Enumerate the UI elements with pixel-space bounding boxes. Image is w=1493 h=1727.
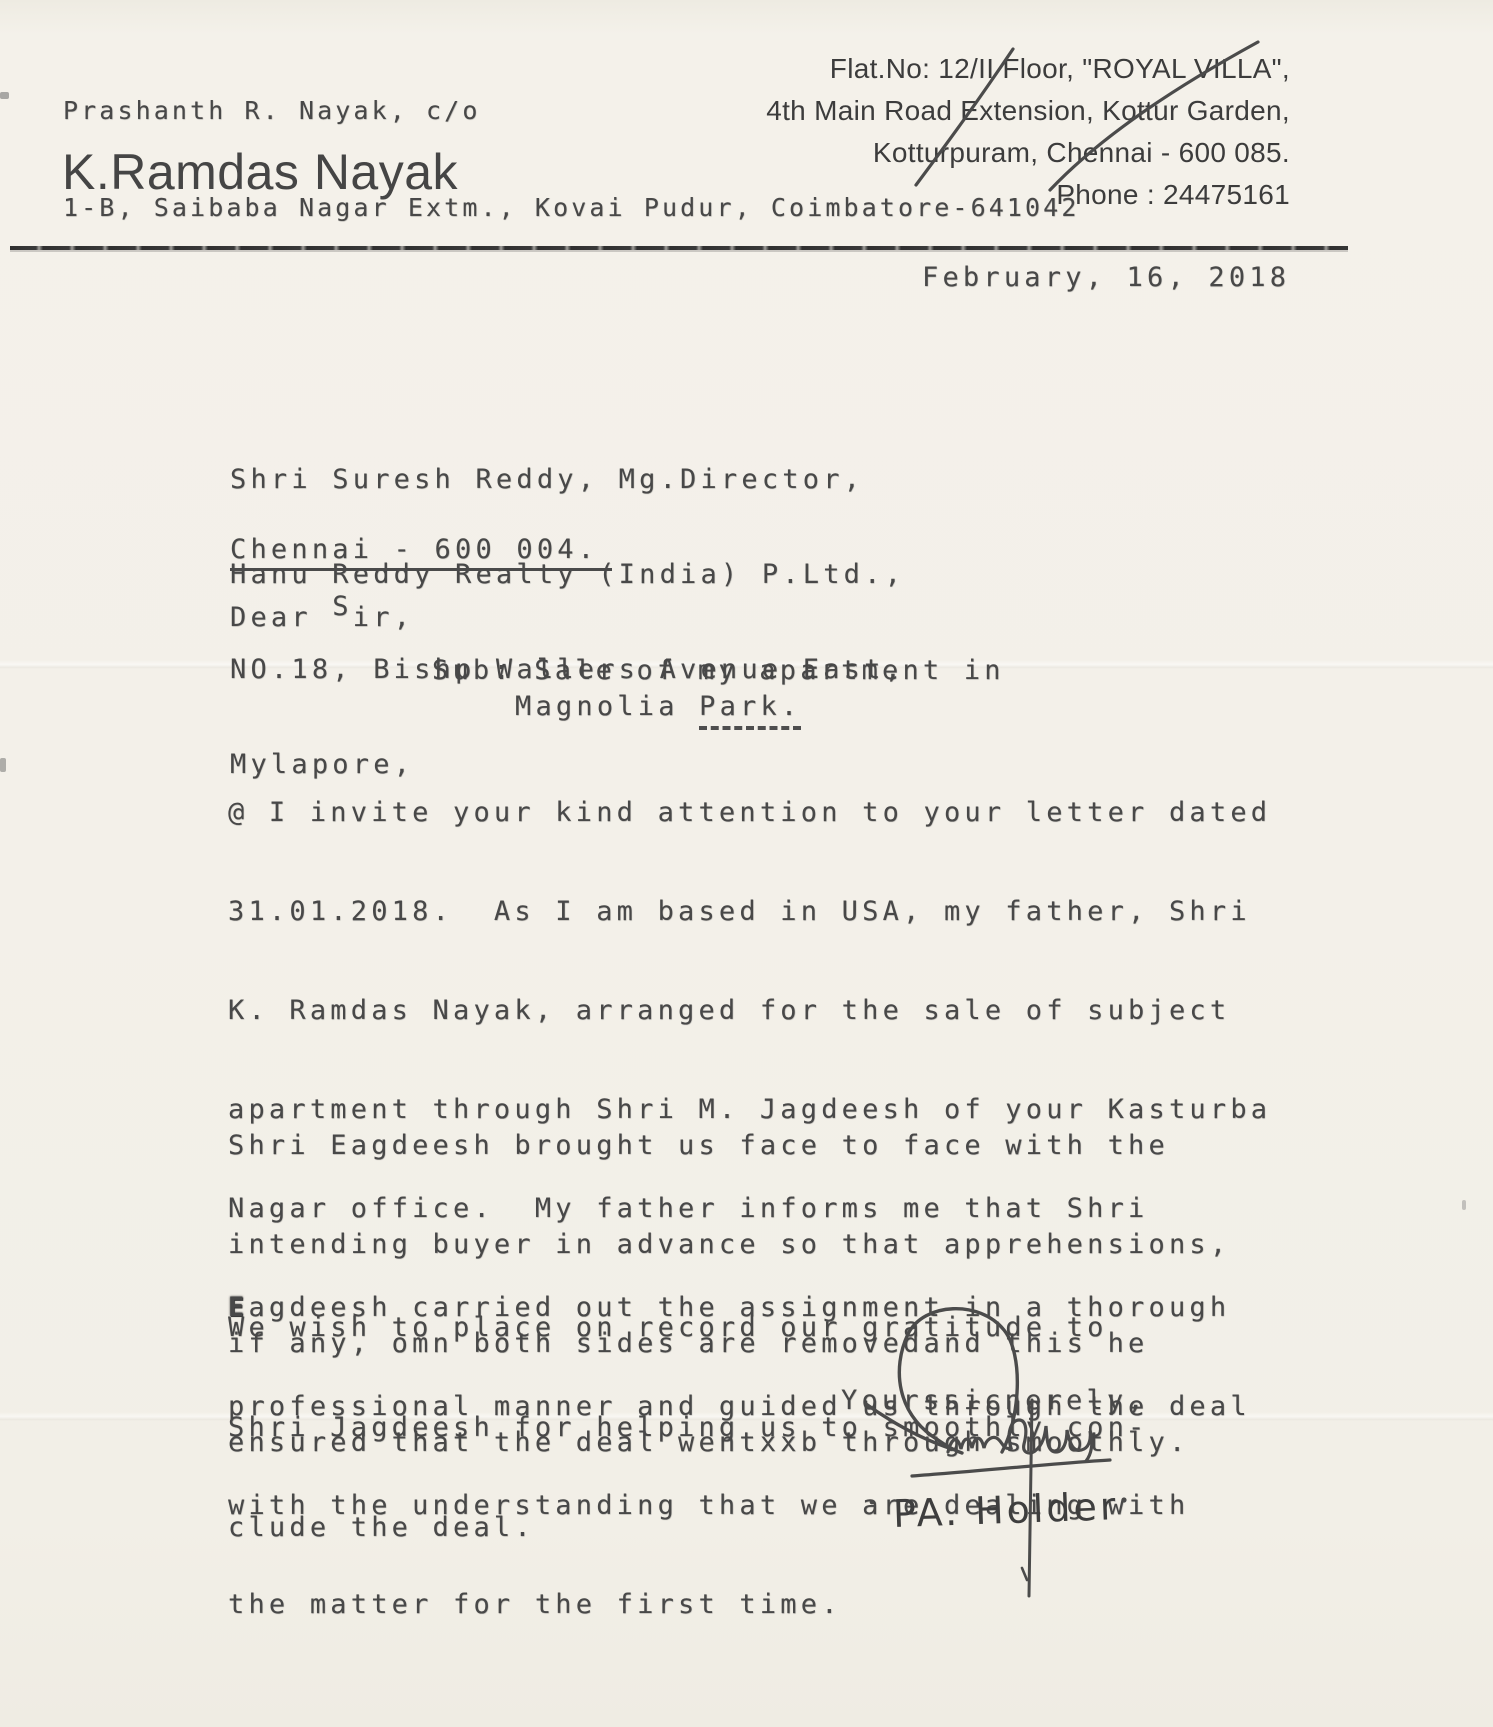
sender-co-line: Prashanth R. Nayak, c/o — [63, 96, 480, 125]
body-line: clude the deal. — [228, 1512, 1149, 1550]
recipient-city-underlined: Chennai - 600 004. — [230, 534, 612, 571]
closing-sincerely: Yourssicnerely, — [841, 1385, 1148, 1416]
flat-address-line4: Phone : 24475161 — [766, 174, 1290, 216]
salutation-pre: Dear — [230, 602, 332, 633]
recipient-line: Shri Suresh Reddy, Mg.Director, — [230, 464, 905, 497]
sender-flat-address: Flat.No: 12/II Floor, "ROYAL VILLA", 4th… — [766, 48, 1290, 216]
letterhead-divider-rule — [10, 246, 1348, 250]
letter-page: Prashanth R. Nayak, c/o K.Ramdas Nayak 1… — [0, 0, 1493, 1727]
scan-speck — [0, 92, 9, 99]
date-line: February, 16, 2018 — [922, 262, 1290, 293]
subject-line2-prefix: Magnolia — [515, 691, 699, 722]
flat-address-line3: Kotturpuram, Chennai - 600 085. — [766, 132, 1290, 174]
recipient-city-line: Chennai - 600 004. — [230, 534, 612, 565]
subject-line2: Magnolia Park. — [515, 691, 801, 722]
body-line: 31.01.2018. As I am based in USA, my fat… — [228, 896, 1271, 933]
body-line: K. Ramdas Nayak, arranged for the sale o… — [228, 995, 1271, 1032]
paragraph-3: We wish to place on record our gratitude… — [228, 1250, 1149, 1612]
salutation: Dear Sir, — [230, 602, 414, 633]
subject-underlined-word: Park. — [699, 691, 801, 730]
salutation-raised-letter: S — [332, 591, 352, 622]
subject-line1: Sub: Sale of my apartment in — [432, 655, 1005, 686]
body-line: Shri Eagdeesh brought us face to face wi… — [228, 1130, 1230, 1167]
body-line: We wish to place on record our gratitude… — [228, 1312, 1149, 1350]
body-line: @ I invite your kind attention to your l… — [228, 797, 1271, 834]
flat-address-line1: Flat.No: 12/II Floor, "ROYAL VILLA", — [766, 48, 1290, 90]
flat-address-line2: 4th Main Road Extension, Kottur Garden, — [766, 90, 1290, 132]
scan-speck — [1462, 1200, 1466, 1210]
body-line: Shri Jagdeesh for helping us to smoothly… — [228, 1412, 1149, 1450]
scan-speck — [0, 758, 6, 772]
salutation-post: ir, — [353, 602, 414, 633]
